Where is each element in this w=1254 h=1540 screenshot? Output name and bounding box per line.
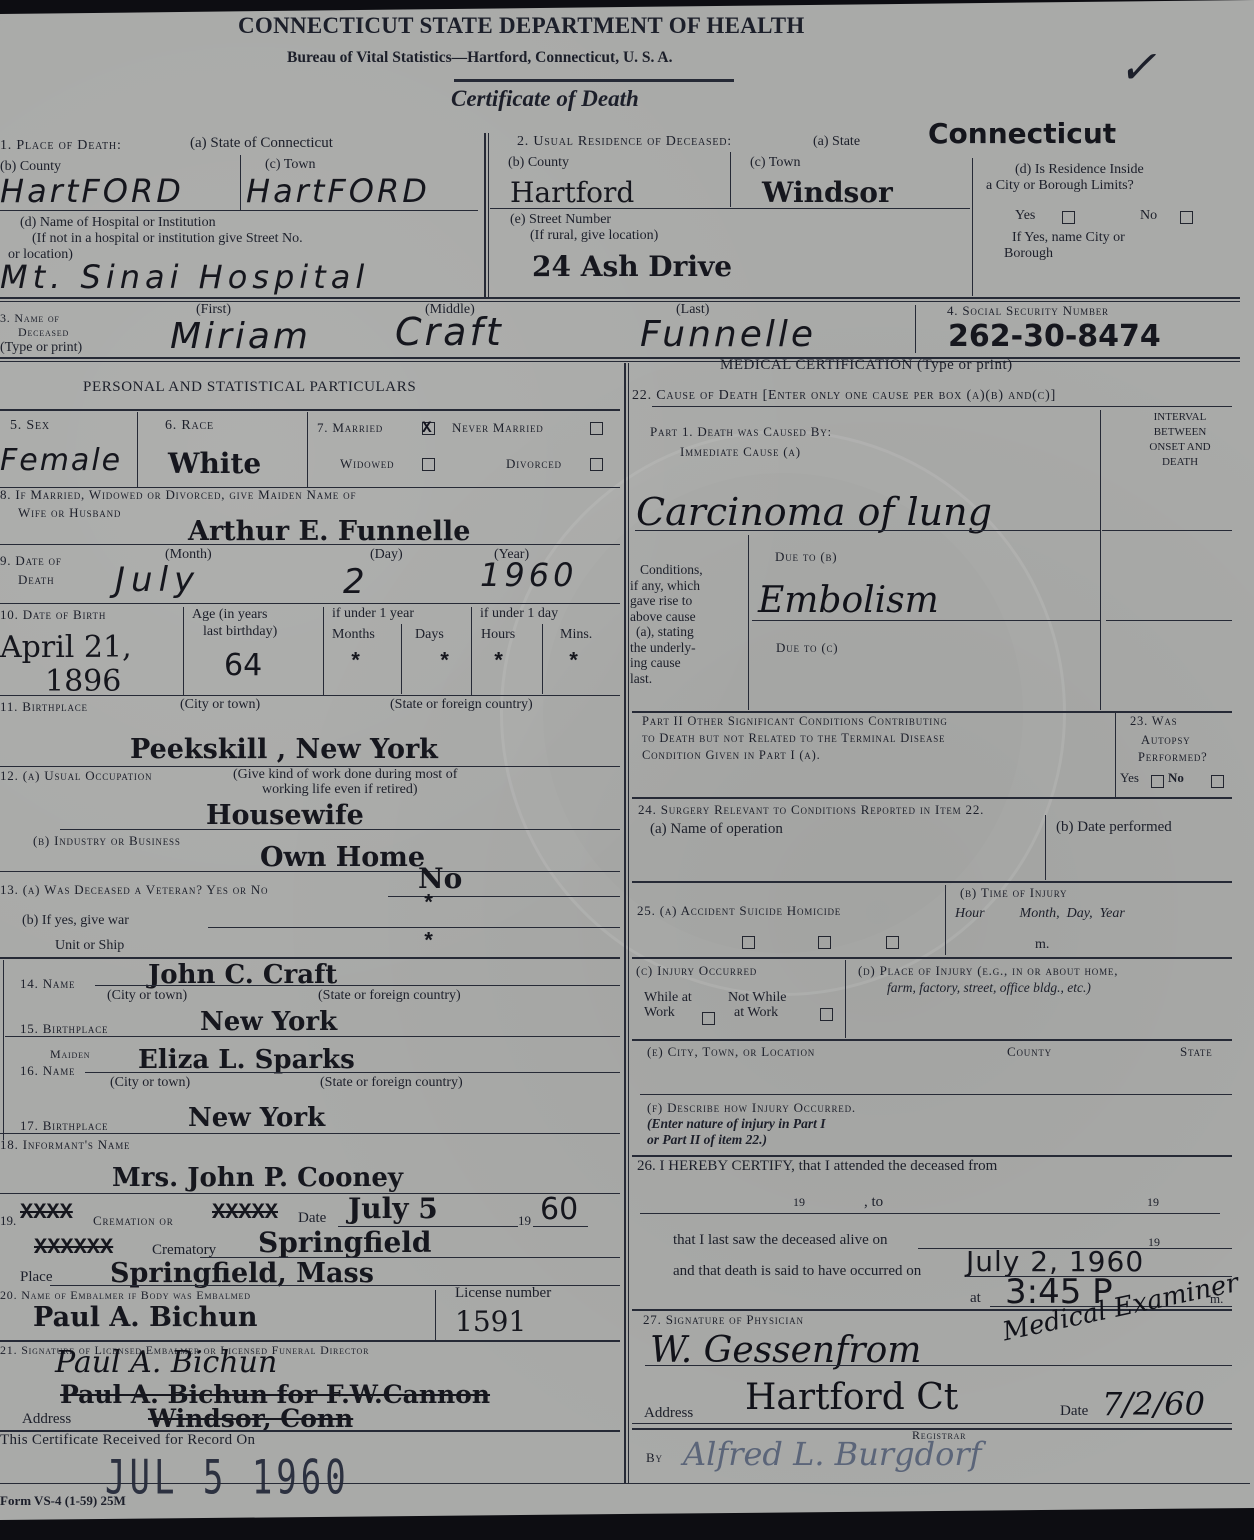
inside-yes-label: Yes	[1015, 208, 1035, 223]
veteran-label: 13. (a) Was Deceased a Veteran? Yes or N…	[0, 882, 268, 897]
certify-19b-label: 19	[1147, 1195, 1159, 1210]
certificate-title: Certificate of Death	[451, 86, 639, 112]
race-label: 6. Race	[165, 418, 214, 433]
inside-no-checkbox[interactable]	[1180, 211, 1193, 224]
mother-city-label: (City or town)	[110, 1075, 190, 1090]
birth-year-value: 1896	[45, 664, 121, 699]
if-yes-label-2: Borough	[1004, 246, 1053, 261]
residence-county-value: Hartford	[510, 176, 634, 209]
autopsy-label-3: Performed?	[1138, 750, 1208, 765]
sex-value: Female	[0, 443, 122, 478]
physician-address-value: Hartford Ct	[745, 1377, 958, 1418]
sex-label: 5. Sex	[10, 418, 50, 433]
describe-injury-sublabel-2: or Part II of item 22.)	[647, 1132, 767, 1147]
street-sublabel: (If rural, give location)	[530, 228, 658, 243]
describe-injury-label: (f) Describe how Injury Occurred.	[647, 1100, 856, 1115]
occupation-value: Housewife	[206, 800, 364, 831]
not-at-work-label: Not While	[728, 990, 786, 1005]
part2-label-3: Condition Given in Part I (a).	[642, 748, 821, 763]
certify-to-label: , to	[864, 1195, 883, 1210]
residence-town-value: Windsor	[762, 176, 893, 209]
disposition-year-value: 60	[540, 1192, 578, 1227]
not-at-work-label-2: at Work	[734, 1005, 778, 1020]
residence-state-label: (a) State	[813, 134, 860, 149]
birth-date-value: April 21,	[0, 630, 132, 665]
mother-state-label: (State or foreign country)	[320, 1075, 463, 1090]
days-label: Days	[415, 627, 444, 642]
unit-label: Unit or Ship	[55, 938, 124, 953]
certify-label: 26. I HEREBY CERTIFY, that I attended th…	[637, 1159, 997, 1174]
funeral-address-value: Windsor, Conn	[148, 1404, 353, 1433]
crematory-label: Crematory	[152, 1243, 216, 1258]
while-at-work-label-2: Work	[644, 1005, 675, 1020]
cause-b-value: Embolism	[758, 580, 939, 621]
immediate-cause-label: Immediate Cause (a)	[680, 444, 801, 459]
never-married-checkbox[interactable]	[590, 422, 603, 435]
mother-maiden-label: Maiden	[50, 1047, 90, 1062]
place-of-injury-label: (d) Place of Injury (e.g., in or about h…	[858, 963, 1118, 978]
injury-county-label: County	[1007, 1044, 1052, 1059]
war-value: *	[422, 892, 435, 917]
physician-date-label: Date	[1060, 1404, 1088, 1419]
date-performed-label: (b) Date performed	[1056, 820, 1172, 835]
place-of-death-label: 1. Place of Death:	[0, 138, 122, 153]
middle-name-value: Craft	[395, 310, 504, 354]
months-label: Months	[332, 627, 375, 642]
death-town-value: HartFORD	[246, 172, 430, 210]
state-of-death-label: (a) State of Connecticut	[190, 136, 333, 151]
birth-date-label: 10. Date of Birth	[0, 607, 106, 622]
ssn-label: 4. Social Security Number	[947, 303, 1109, 318]
age-value: 64	[224, 648, 262, 683]
residence-county-label: (b) County	[508, 155, 569, 170]
autopsy-no-checkbox[interactable]	[1211, 775, 1224, 788]
license-value: 1591	[455, 1305, 526, 1338]
widowed-label: Widowed	[340, 456, 394, 471]
disposition-year-prefix: 19	[518, 1213, 531, 1228]
race-value: White	[168, 447, 261, 480]
hospital-value: Mt. Sinai Hospital	[0, 258, 369, 296]
hospital-label: (d) Name of Hospital or Institution	[20, 215, 216, 230]
city-town-location-label: (e) City, Town, or Location	[647, 1044, 815, 1059]
first-name-value: Miriam	[170, 316, 311, 357]
registrar-signature: Alfred L. Burgdorf	[683, 1435, 981, 1473]
embalmer-value: Paul A. Bichun	[33, 1302, 258, 1333]
inside-limits-label-2: a City or Borough Limits?	[986, 178, 1134, 193]
received-label: This Certificate Received for Record On	[0, 1433, 255, 1448]
occupation-label: 12. (a) Usual Occupation	[0, 768, 152, 783]
divorced-checkbox[interactable]	[590, 458, 603, 471]
not-at-work-checkbox[interactable]	[820, 1008, 833, 1021]
hours-value: *	[492, 650, 505, 675]
unit-value: *	[422, 930, 435, 955]
form-number: Form VS-4 (1-59) 25M	[0, 1493, 126, 1508]
interval-label: INTERVAL BETWEEN ONSET AND DEATH	[1130, 410, 1230, 470]
part2-label: Part II Other Significant Conditions Con…	[642, 714, 948, 729]
removal-struck-text: XXXXX	[212, 1200, 278, 1225]
occupation-sublabel: (Give kind of work done during most of	[233, 767, 457, 782]
describe-injury-sublabel: (Enter nature of injury in Part I	[647, 1116, 826, 1131]
industry-label: (b) Industry or Business	[33, 833, 181, 848]
death-month-value: July	[115, 560, 200, 600]
informant-value: Mrs. John P. Cooney	[112, 1163, 403, 1193]
town-label: (c) Town	[265, 157, 315, 172]
injury-state-label: State	[1180, 1044, 1213, 1059]
divorced-label: Divorced	[506, 456, 562, 471]
operation-name-label: (a) Name of operation	[650, 822, 783, 837]
place-of-injury-sublabel: farm, factory, street, office bldg., etc…	[887, 980, 1091, 995]
residence-state-value: Connecticut	[928, 117, 1116, 150]
never-married-label: Never Married	[452, 420, 544, 435]
burial-struck-text: XXXX	[20, 1200, 73, 1225]
autopsy-yes-checkbox[interactable]	[1151, 775, 1164, 788]
due-to-b-label: Due to (b)	[775, 549, 837, 564]
usual-residence-label: 2. Usual Residence of Deceased:	[517, 134, 732, 149]
father-birthplace-value: New York	[200, 1007, 337, 1037]
time-of-injury-sublabel: Hour Month, Day, Year	[955, 906, 1125, 921]
certificate-paper: CONNECTICUT STATE DEPARTMENT OF HEALTH B…	[0, 0, 1254, 1520]
father-birthplace-label: 15. Birthplace	[20, 1021, 108, 1036]
name-label-2: Deceased	[18, 325, 69, 340]
months-value: *	[349, 650, 362, 675]
by-label: By	[646, 1450, 663, 1465]
personal-section-title: PERSONAL AND STATISTICAL PARTICULARS	[83, 380, 416, 395]
certify-19-label: 19	[793, 1195, 805, 1210]
while-at-work-label: While at	[644, 990, 692, 1005]
homicide-checkbox[interactable]	[886, 936, 899, 949]
if-yes-label: If Yes, name City or	[1012, 230, 1125, 245]
place-label: Place	[20, 1270, 52, 1285]
conditions-label: Conditions, if any, which gave rise to a…	[630, 562, 744, 686]
funeral-address-label: Address	[22, 1412, 71, 1427]
physician-signature-label: 27. Signature of Physician	[643, 1312, 804, 1327]
mins-label: Mins.	[560, 627, 592, 642]
inside-limits-label: (d) Is Residence Inside	[1015, 162, 1144, 177]
bureau-subtitle: Bureau of Vital Statistics—Hartford, Con…	[287, 49, 672, 67]
death-occurred-label: and that death is said to have occurred …	[673, 1264, 921, 1279]
license-label: License number	[455, 1286, 551, 1301]
check-mark-icon: ✓	[1118, 40, 1157, 94]
header-rule	[454, 79, 734, 82]
spouse-label-2: Wife or Husband	[18, 505, 121, 520]
part1-label: Part 1. Death was Caused By:	[650, 424, 832, 439]
day-label: (Day)	[370, 547, 403, 562]
medical-certification-title: MEDICAL CERTIFICATION (Type or print)	[720, 358, 1013, 373]
spouse-value: Arthur E. Funnelle	[188, 516, 470, 547]
industry-value: Own Home	[260, 842, 425, 873]
cause-of-death-label: 22. Cause of Death [Enter only one cause…	[632, 388, 1056, 403]
physician-date-value: 7/2/60	[1102, 1385, 1205, 1423]
war-label: (b) If yes, give war	[22, 913, 129, 928]
autopsy-label: 23. Was	[1130, 714, 1177, 729]
mother-birthplace-value: New York	[188, 1103, 325, 1133]
father-state-label: (State or foreign country)	[318, 988, 461, 1003]
last-saw-label: that I last saw the deceased alive on	[673, 1233, 888, 1248]
physician-address-label: Address	[644, 1406, 693, 1421]
mother-birthplace-label: 17. Birthplace	[20, 1118, 108, 1133]
hours-label: Hours	[481, 627, 515, 642]
embalmer-label: 20. Name of Embalmer if Body was Embalme…	[0, 1288, 251, 1303]
father-name-label: 14. Name	[20, 976, 75, 991]
part2-label-2: to Death but not Related to the Terminal…	[642, 731, 945, 746]
residence-town-label: (c) Town	[750, 155, 800, 170]
autopsy-no-label: No	[1168, 770, 1184, 785]
accident-checkbox[interactable]	[742, 936, 755, 949]
death-date-label: 9. Date of	[0, 553, 62, 568]
birthplace-city-label: (City or town)	[180, 697, 260, 712]
suicide-checkbox[interactable]	[818, 936, 831, 949]
disposition-date-label: Date	[298, 1211, 326, 1226]
occupation-sublabel-2: working life even if retired)	[262, 782, 418, 797]
widowed-checkbox[interactable]	[422, 458, 435, 471]
inside-yes-checkbox[interactable]	[1062, 211, 1075, 224]
disposition-label: 19.	[0, 1213, 16, 1228]
autopsy-label-2: Autopsy	[1141, 733, 1190, 748]
name-label-3: (Type or print)	[0, 340, 82, 355]
veteran-value: No	[418, 862, 462, 895]
first-name-label: (First)	[196, 302, 231, 317]
name-label: 3. Name of	[0, 311, 60, 326]
while-at-work-checkbox[interactable]	[702, 1012, 715, 1025]
age-label: Age (in years	[192, 607, 267, 622]
birthplace-state-label: (State or foreign country)	[390, 697, 533, 712]
ssn-value: 262-30-8474	[948, 319, 1161, 354]
death-year-value: 1960	[480, 556, 577, 594]
street-value: 24 Ash Drive	[532, 250, 732, 283]
disposition-date-value: July 5	[348, 1192, 438, 1225]
married-checkbox[interactable]	[422, 422, 435, 435]
time-of-injury-label: (b) Time of Injury	[960, 885, 1067, 900]
department-title: CONNECTICUT STATE DEPARTMENT OF HEALTH	[238, 13, 805, 39]
death-county-value: HartFORD	[0, 172, 184, 210]
inside-no-label: No	[1140, 208, 1157, 223]
under-1-year-label: if under 1 year	[332, 606, 414, 621]
at-label: at	[970, 1291, 981, 1306]
street-label: (e) Street Number	[510, 212, 611, 227]
informant-label: 18. Informant's Name	[0, 1137, 130, 1152]
father-city-label: (City or town)	[107, 988, 187, 1003]
spouse-label: 8. If Married, Widowed or Divorced, give…	[0, 487, 356, 502]
age-label-2: last birthday)	[203, 624, 277, 639]
mins-value: *	[567, 650, 580, 675]
surgery-label: 24. Surgery Relevant to Conditions Repor…	[638, 802, 984, 817]
days-value: *	[438, 650, 451, 675]
birthplace-label: 11. Birthplace	[0, 699, 88, 714]
married-label: 7. Married	[317, 420, 383, 435]
last-name-value: Funnelle	[640, 314, 816, 355]
under-1-day-label: if under 1 day	[480, 606, 558, 621]
funeral-director-signature: Paul A. Bichun	[55, 1345, 277, 1380]
received-date-stamp: JUL 5 1960	[105, 1450, 350, 1506]
cemetery-struck-text: XXXXXX	[34, 1235, 113, 1260]
cause-a-value: Carcinoma of lung	[636, 490, 992, 534]
crematory-value: Springfield	[258, 1226, 432, 1259]
mother-name-label: 16. Name	[20, 1063, 75, 1078]
mother-name-value: Eliza L. Sparks	[138, 1045, 355, 1075]
accident-label: 25. (a) Accident Suicide Homicide	[637, 903, 841, 918]
due-to-c-label: Due to (c)	[776, 640, 838, 655]
death-date-label-2: Death	[18, 572, 54, 587]
hospital-sublabel: (If not in a hospital or institution giv…	[32, 231, 303, 246]
autopsy-yes-label: Yes	[1120, 770, 1139, 785]
birthplace-value: Peekskill , New York	[130, 734, 438, 765]
cremation-label: Cremation or	[93, 1213, 174, 1228]
injury-occurred-label: (c) Injury Occurred	[636, 963, 757, 978]
death-day-value: 2	[343, 562, 365, 602]
time-m-label: m.	[1035, 937, 1049, 952]
